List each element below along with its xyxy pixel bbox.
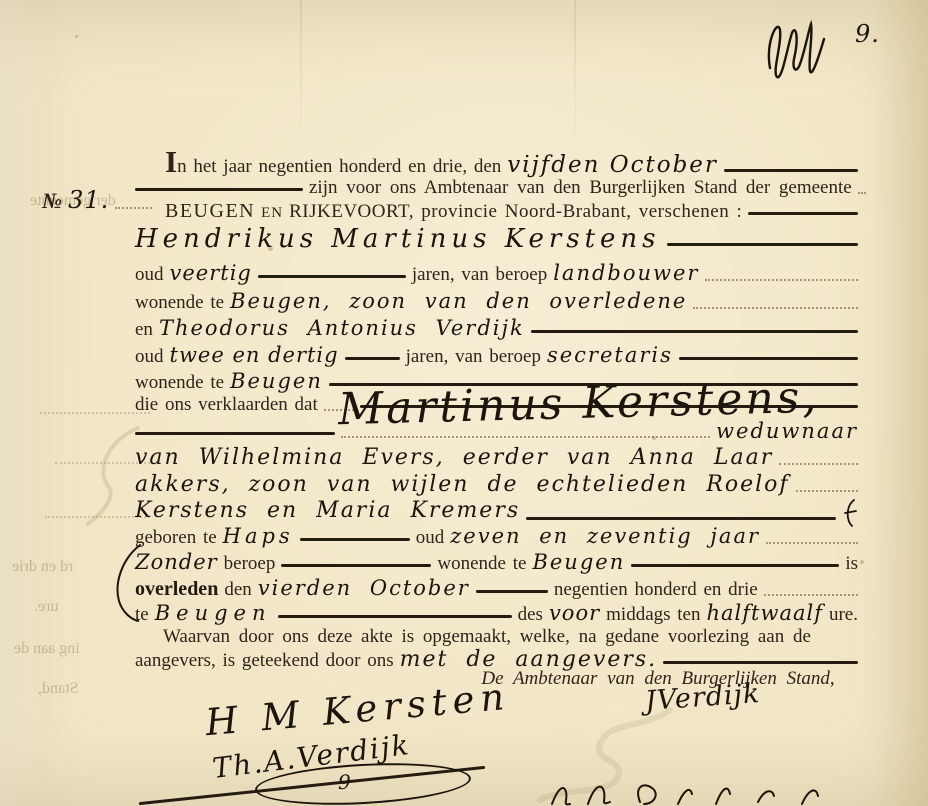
printed-text: en: [135, 319, 153, 341]
ink-stroke: [748, 212, 858, 215]
cutoff-handwriting: [548, 782, 848, 806]
printed-text: die ons verklaarden dat: [135, 394, 318, 416]
printed-text: oud: [135, 264, 164, 286]
dotted-rule: [341, 436, 710, 438]
municipality-name: BEUGEN: [165, 200, 255, 223]
death-place: Beugen: [155, 601, 272, 625]
form-line-7: en Theodorus Antonius Verdijk: [135, 316, 858, 341]
form-line-12: van Wilhelmina Evers, eerder van Anna La…: [135, 445, 858, 470]
flourish-number: 9: [338, 770, 352, 794]
foxing-speck: [75, 35, 78, 38]
printed-text: In het jaar negentien honderd en drie, d…: [165, 144, 501, 180]
handwritten-text: akkers, zoon van wijlen de echtelieden R…: [135, 472, 790, 497]
ink-stroke: [667, 243, 858, 246]
ink-stroke: [476, 590, 548, 593]
printed-text: oud: [135, 346, 164, 368]
age-at-death: zeven en zeventig jaar: [450, 524, 760, 548]
printed-text: geboren te: [135, 527, 217, 549]
death-certificate-page: der gemeente rd en drie ure. ing aan de …: [0, 0, 928, 806]
dotted-rule: [693, 307, 858, 309]
bleedthrough-text: rd en drie: [12, 558, 73, 576]
ink-stroke: [135, 188, 303, 191]
printed-text: des: [518, 604, 543, 626]
printed-text: jaren, van beroep: [406, 346, 541, 368]
bleedthrough-text: Stand,: [38, 680, 78, 698]
handwritten-text: Zonder: [135, 550, 218, 574]
ink-stroke: [281, 564, 431, 567]
printed-text: wonende te: [437, 553, 526, 575]
foxing-speck: [860, 560, 864, 564]
handwritten-text: voor: [549, 601, 600, 625]
overleden-label: overleden: [135, 578, 218, 601]
printed-text: Waarvan door ons deze akte is opgemaakt,…: [163, 626, 811, 648]
dotted-rule: [705, 279, 858, 281]
handwritten-residence: Beugen, zoon van den overledene: [230, 289, 687, 313]
handwritten-text: van Wilhelmina Evers, eerder van Anna La…: [135, 445, 773, 470]
parents-names: Kerstens en Maria Kremers: [135, 498, 520, 523]
bleedthrough-text: ure.: [34, 598, 58, 616]
clerk-paraph: [762, 14, 850, 88]
declarant-name: Theodorus Antonius Verdijk: [159, 316, 525, 340]
form-line-5: oud veertig jaren, van beroep landbouwer: [135, 261, 858, 286]
handwritten-residence: Beugen: [230, 369, 323, 393]
printed-text: zijn voor ons Ambtenaar van den Burgerli…: [309, 177, 852, 199]
ink-stroke: [724, 169, 858, 172]
handwritten-occupation: landbouwer: [553, 261, 699, 285]
page-number: 9.: [855, 20, 880, 48]
printed-text: wonende te: [135, 372, 224, 394]
printed-text: negentien honderd en drie: [554, 579, 758, 601]
handwritten-date: vijfden October: [507, 152, 718, 178]
dotted-rule: [115, 207, 152, 209]
form-line-6: wonende te Beugen, zoon van den overlede…: [135, 289, 858, 314]
form-line-3: BEUGEN EN RIJKEVOORT, provincie Noord-Br…: [165, 200, 858, 223]
act-number: 31.: [68, 186, 109, 214]
death-time: halftwaalf: [707, 601, 823, 625]
residence-of-deceased: Beugen: [532, 550, 625, 574]
printed-text: te: [135, 604, 149, 626]
printed-text: wonende te: [135, 292, 224, 314]
printed-text: aangevers, is geteekend door ons: [135, 650, 394, 672]
dotted-rule: [766, 542, 858, 544]
bleedthrough-text: ing aan de: [14, 640, 80, 658]
ink-stroke: [345, 357, 400, 360]
handwritten-age: twee en dertig: [170, 343, 339, 367]
printed-text: ure.: [829, 604, 858, 626]
declarant-name: Hendrikus Martinus Kerstens: [135, 224, 661, 254]
dotted-rule: [796, 490, 858, 492]
form-line-16: Zonder beroep wonende te Beugen is: [135, 550, 858, 575]
dotted-rule: [779, 463, 858, 465]
form-line-19: Waarvan door ons deze akte is opgemaakt,…: [163, 626, 858, 648]
printed-text: jaren, van beroep: [412, 264, 547, 286]
form-line-15: geboren te Haps oud zeven en zeventig ja…: [135, 524, 858, 549]
printed-text: beroep: [224, 553, 276, 575]
birthplace: Haps: [223, 524, 294, 548]
no-label: №: [42, 188, 62, 214]
ink-stroke: [278, 615, 512, 618]
handwritten-age: veertig: [170, 261, 252, 285]
ink-stroke: [679, 357, 858, 360]
printed-text: RIJKEVOORT, provincie Noord-Brabant, ver…: [289, 201, 742, 223]
form-line-2: zijn voor ons Ambtenaar van den Burgerli…: [135, 177, 858, 199]
ink-stroke: [258, 275, 406, 278]
form-line-17: overleden den vierden October negentien …: [135, 576, 858, 601]
form-line-1: In het jaar negentien honderd en drie, d…: [165, 144, 858, 180]
printed-text: den: [224, 579, 251, 601]
form-line-8: oud twee en dertig jaren, van beroep sec…: [135, 343, 858, 368]
ink-stroke: [531, 330, 858, 333]
ink-stroke: [526, 517, 836, 520]
form-line-13: akkers, zoon van wijlen de echtelieden R…: [135, 472, 858, 497]
bleedthrough-rule: [40, 412, 150, 414]
printed-text: oud: [416, 527, 445, 549]
printed-text: middags ten: [606, 604, 700, 626]
dotted-rule: [858, 192, 866, 194]
handwritten-occupation: secretaris: [547, 343, 673, 367]
paper-crease: [300, 0, 302, 160]
dotted-rule: [764, 594, 858, 596]
ink-stroke: [631, 564, 839, 567]
paper-crease: [574, 0, 576, 160]
death-date: vierden October: [258, 576, 470, 600]
ink-stroke: [663, 661, 858, 664]
ink-stroke: [300, 538, 410, 541]
printed-text: EN: [261, 205, 283, 222]
ink-stroke: [135, 432, 335, 435]
form-line-18: te Beugen des voor middags ten halftwaal…: [135, 601, 858, 626]
form-line-4: Hendrikus Martinus Kerstens: [135, 224, 858, 254]
printed-text: is: [845, 553, 858, 575]
